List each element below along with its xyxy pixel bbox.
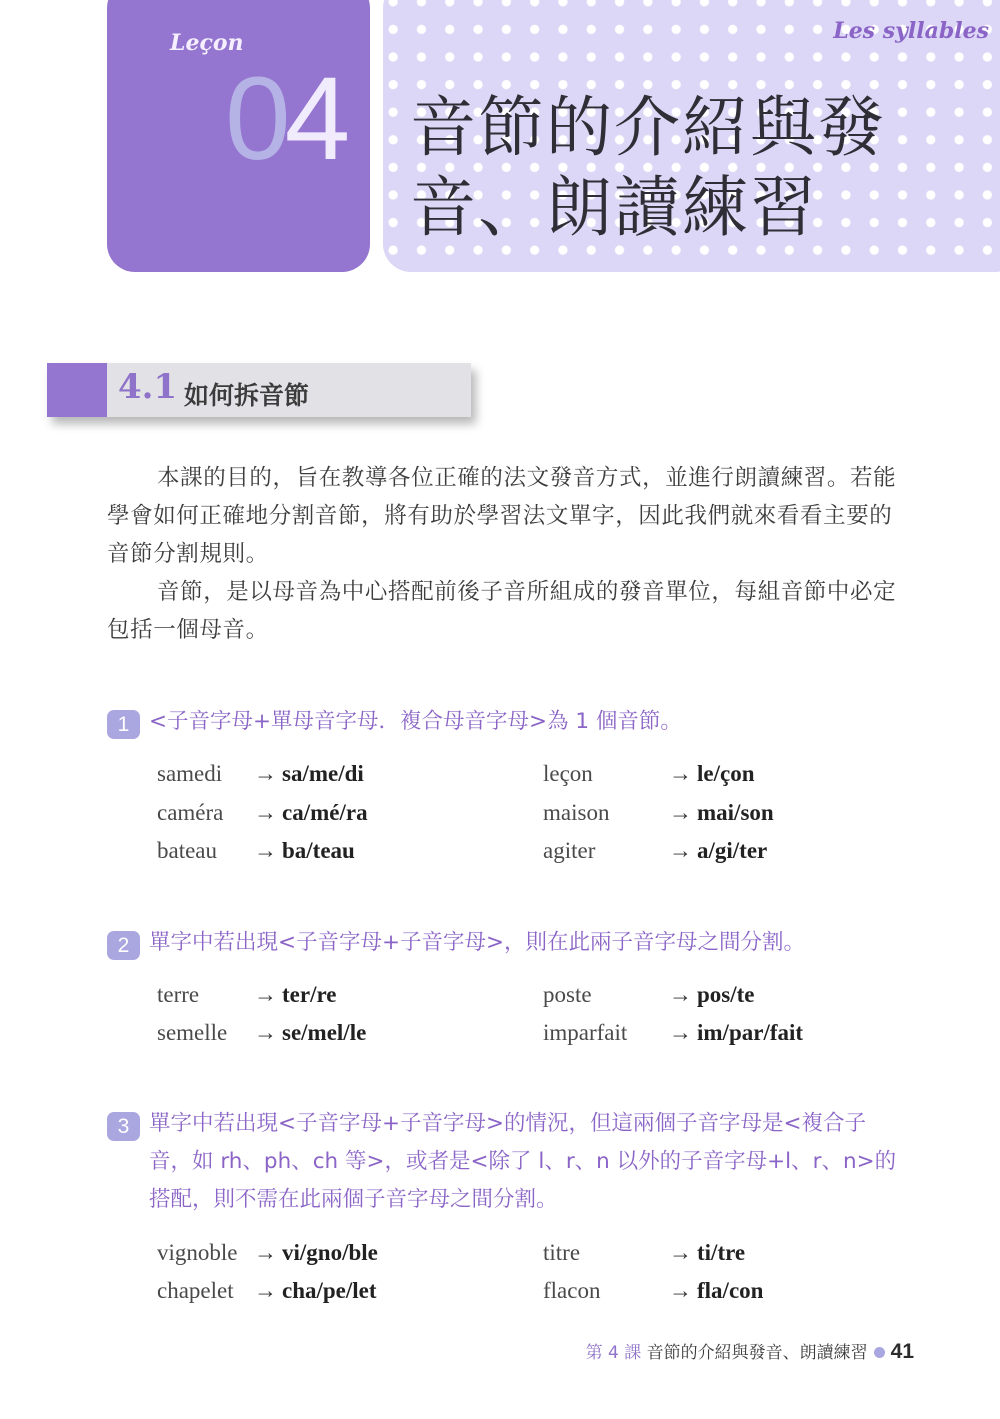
- example-item: agiter →a/gi/ter: [543, 832, 903, 870]
- rule-1-heading: 1 <子音字母+單母音字母．複合母音字母>為 1 個音節。: [107, 703, 907, 741]
- example-split: mai/son: [697, 800, 774, 825]
- example-item: vignoble →vi/gno/ble: [157, 1234, 537, 1272]
- page-title: 音節的介紹與發 音、朗讀練習: [410, 88, 970, 248]
- footer-title: 音節的介紹與發音、朗讀練習: [647, 1343, 868, 1363]
- footer-chapter: 第 4 課: [586, 1343, 642, 1363]
- example-split: se/mel/le: [282, 1020, 366, 1045]
- example-word: imparfait: [543, 1014, 627, 1052]
- example-split: vi/gno/ble: [282, 1240, 378, 1265]
- example-item: titre →ti/tre: [543, 1234, 903, 1272]
- example-item: leçon →le/çon: [543, 755, 903, 793]
- arrow-icon: →: [254, 800, 277, 825]
- lesson-number-digit-4: 4: [285, 53, 345, 185]
- arrow-icon: →: [669, 761, 692, 786]
- example-word: samedi: [157, 755, 222, 793]
- rule-number-badge: 3: [107, 1112, 140, 1141]
- page-footer: 第 4 課 音節的介紹與發音、朗讀練習41: [586, 1338, 914, 1364]
- paragraph-syllable-definition: 音節，是以母音為中心搭配前後子音所組成的發音單位，每組音節中必定包括一個母音。: [107, 573, 897, 649]
- arrow-icon: →: [669, 982, 692, 1007]
- example-item: semelle →se/mel/le: [157, 1014, 537, 1052]
- example-split: sa/me/di: [282, 761, 364, 786]
- example-word: agiter: [543, 832, 595, 870]
- example-word: chapelet: [157, 1272, 234, 1310]
- example-split: ti/tre: [697, 1240, 745, 1265]
- arrow-icon: →: [254, 838, 277, 863]
- example-split: ba/teau: [282, 838, 355, 863]
- example-item: bateau →ba/teau: [157, 832, 537, 870]
- example-word: poste: [543, 976, 592, 1014]
- example-item: maison →mai/son: [543, 794, 903, 832]
- arrow-icon: →: [669, 800, 692, 825]
- example-word: vignoble: [157, 1234, 238, 1272]
- section-accent-block: [47, 363, 107, 417]
- rule-text: 單字中若出現<子音字母+子音字母>，則在此兩子音字母之間分割。: [107, 924, 907, 962]
- arrow-icon: →: [669, 1020, 692, 1045]
- example-item: flacon →fla/con: [543, 1272, 903, 1310]
- rule-text: 單字中若出現<子音字母+子音字母>的情況，但這兩個子音字母是<複合子音，如 rh…: [107, 1105, 907, 1219]
- lesson-number-digit-0: 0: [225, 53, 285, 185]
- example-item: caméra →ca/mé/ra: [157, 794, 537, 832]
- arrow-icon: →: [254, 1020, 277, 1045]
- example-word: semelle: [157, 1014, 227, 1052]
- example-item: poste →pos/te: [543, 976, 903, 1014]
- example-item: samedi →sa/me/di: [157, 755, 537, 793]
- example-word: maison: [543, 794, 609, 832]
- example-item: terre →ter/re: [157, 976, 537, 1014]
- section-number: 4.1: [118, 367, 177, 407]
- rule-2-heading: 2 單字中若出現<子音字母+子音字母>，則在此兩子音字母之間分割。: [107, 924, 907, 962]
- page-number: 41: [891, 1340, 914, 1363]
- arrow-icon: →: [254, 1278, 277, 1303]
- example-split: le/çon: [697, 761, 755, 786]
- example-split: cha/pe/let: [282, 1278, 377, 1303]
- example-split: ter/re: [282, 982, 336, 1007]
- arrow-icon: →: [254, 982, 277, 1007]
- page-title-line-1: 音節的介紹與發: [410, 88, 970, 168]
- arrow-icon: →: [669, 1278, 692, 1303]
- arrow-icon: →: [254, 761, 277, 786]
- example-item: chapelet →cha/pe/let: [157, 1272, 537, 1310]
- example-split: pos/te: [697, 982, 755, 1007]
- section-title: 如何拆音節: [184, 376, 309, 412]
- paragraph-intro: 本課的目的，旨在教導各位正確的法文發音方式，並進行朗讀練習。若能學會如何正確地分…: [107, 459, 897, 573]
- arrow-icon: →: [669, 838, 692, 863]
- example-word: titre: [543, 1234, 580, 1272]
- example-word: terre: [157, 976, 199, 1014]
- example-split: im/par/fait: [697, 1020, 803, 1045]
- example-word: bateau: [157, 832, 217, 870]
- rule-number-badge: 1: [107, 710, 140, 739]
- example-word: leçon: [543, 755, 593, 793]
- arrow-icon: →: [669, 1240, 692, 1265]
- example-item: imparfait →im/par/fait: [543, 1014, 903, 1052]
- page-title-line-2: 音、朗讀練習: [410, 168, 970, 248]
- example-word: caméra: [157, 794, 223, 832]
- arrow-icon: →: [254, 1240, 277, 1265]
- rule-3-heading: 3 單字中若出現<子音字母+子音字母>的情況，但這兩個子音字母是<複合子音，如 …: [107, 1105, 907, 1219]
- example-split: ca/mé/ra: [282, 800, 368, 825]
- example-split: a/gi/ter: [697, 838, 767, 863]
- rule-text: <子音字母+單母音字母．複合母音字母>為 1 個音節。: [107, 703, 907, 741]
- lesson-number: 04: [225, 60, 344, 178]
- example-split: fla/con: [697, 1278, 763, 1303]
- footer-dot-icon: [874, 1347, 885, 1358]
- subtitle-french: Les syllables: [833, 18, 989, 44]
- example-word: flacon: [543, 1272, 600, 1310]
- rule-number-badge: 2: [107, 931, 140, 960]
